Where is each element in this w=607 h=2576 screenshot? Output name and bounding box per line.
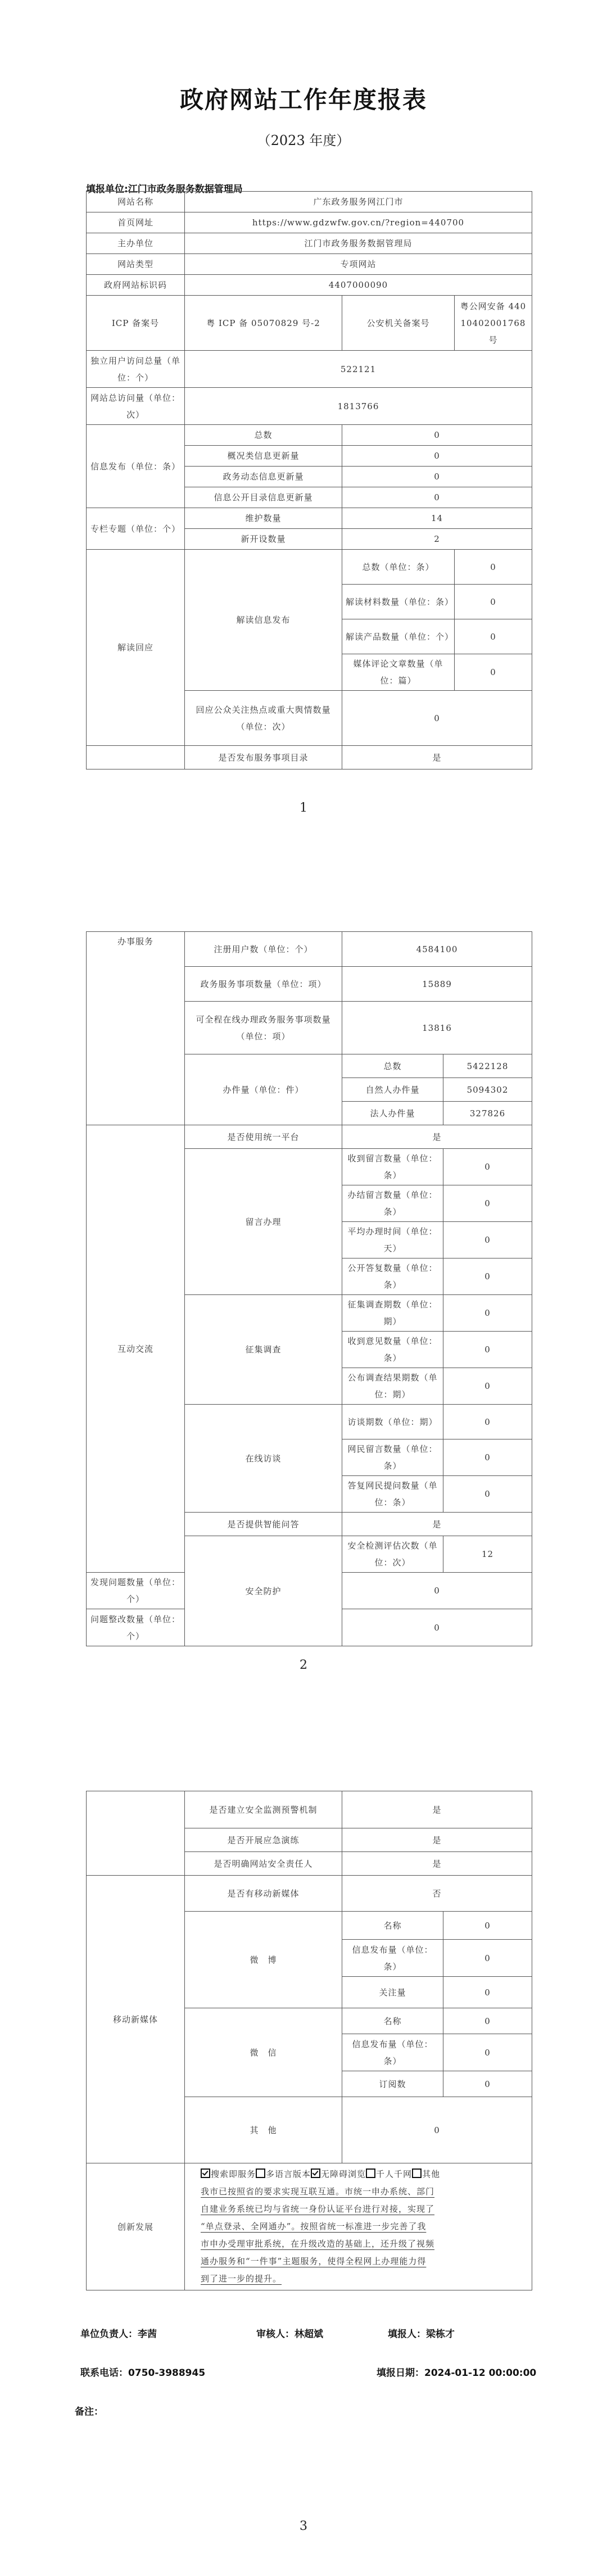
innovation-options: 搜索即服务多语言版本无障碍浏览千人千网其他: [201, 2166, 525, 2183]
messages-row-label: 平均办理时间（单位：天）: [342, 1222, 443, 1258]
unified-value: 是: [342, 1125, 532, 1149]
info-publish-row-label: 概况类信息更新量: [185, 446, 342, 467]
innovation-text-line: 到了进一步的提升。: [201, 2270, 525, 2288]
police-label: 公安机关备案号: [342, 296, 455, 351]
weibo-row-label: 关注量: [342, 1977, 443, 2008]
owner-value: 是: [342, 1852, 532, 1876]
weibo-row-label: 信息发布量（单位：条）: [342, 1940, 443, 1977]
survey-label: 征集调查: [185, 1295, 342, 1405]
page-number: 2: [0, 1658, 607, 1672]
option-label: 多语言版本: [266, 2169, 311, 2179]
items-label: 政务服务事项数量（单位：项）: [185, 967, 342, 1002]
hotspot-label: 回应公众关注热点或重大舆情数量（单位：次）: [185, 691, 342, 746]
interview-row-label: 网民留言数量（单位：条）: [342, 1439, 443, 1476]
columns-row-label: 新开设数量: [185, 529, 342, 550]
interpret-label: 解读回应: [87, 550, 185, 746]
security-row-label: 问题整改数量（单位：个）: [87, 1609, 185, 1646]
empty-cell: [87, 746, 185, 769]
checkbox-personalized[interactable]: [366, 2168, 375, 2178]
messages-row-value: 0: [443, 1222, 532, 1258]
homepage-value: https://www.gdzwfw.gov.cn/?region=440700: [185, 212, 532, 233]
type-label: 网站类型: [87, 254, 185, 275]
service-catalog-value: 是: [342, 746, 532, 769]
survey-row-value: 0: [443, 1295, 532, 1332]
other-media-value: 0: [342, 2097, 532, 2163]
checkbox-multilingual[interactable]: [256, 2168, 265, 2178]
innovation-content: 搜索即服务多语言版本无障碍浏览千人千网其他 我市已按照省的要求实现互联互通。市统…: [185, 2163, 532, 2290]
messages-row-value: 0: [443, 1258, 532, 1295]
icp-value: 粤 ICP 备 05070829 号-2: [185, 296, 342, 351]
host-label: 主办单位: [87, 233, 185, 254]
host-value: 江门市政务服务数据管理局: [185, 233, 532, 254]
option-label: 其他: [422, 2169, 440, 2179]
checkbox-search-service[interactable]: [201, 2168, 210, 2178]
cases-row-value: 5422128: [443, 1054, 532, 1078]
online-value: 13816: [342, 1002, 532, 1054]
wechat-row-value: 0: [443, 2008, 532, 2034]
wechat-row-label: 名称: [342, 2008, 443, 2034]
has-media-label: 是否有移动新媒体: [185, 1876, 342, 1912]
code-label: 政府网站标识码: [87, 275, 185, 296]
unit-head: 单位负责人：李茜: [80, 2326, 157, 2340]
info-publish-row-label: 信息公开目录信息更新量: [185, 487, 342, 508]
drill-value: 是: [342, 1828, 532, 1852]
uv-label: 独立用户访问总量（单位：个）: [87, 351, 185, 388]
wechat-row-label: 信息发布量（单位：条）: [342, 2034, 443, 2071]
code-value: 4407000090: [185, 275, 532, 296]
wechat-row-value: 0: [443, 2071, 532, 2097]
innovation-text-line: 市申办受理审批系统，在升级改造的基础上，还升级了视频: [201, 2235, 525, 2253]
security-label: 安全防护: [185, 1536, 342, 1646]
filler: 填报人：梁栋才: [388, 2326, 455, 2340]
survey-row-value: 0: [443, 1332, 532, 1368]
warning-label: 是否建立安全监测预警机制: [185, 1791, 342, 1828]
messages-row-label: 公开答复数量（单位：条）: [342, 1258, 443, 1295]
unified-label: 是否使用统一平台: [185, 1125, 342, 1149]
messages-row-value: 0: [443, 1149, 532, 1185]
security-row-value: 0: [342, 1573, 532, 1609]
items-value: 15889: [342, 967, 532, 1002]
security-row-label: 发现问题数量（单位：个）: [87, 1573, 185, 1609]
messages-row-label: 收到留言数量（单位：条）: [342, 1149, 443, 1185]
cases-row-label: 自然人办件量: [342, 1078, 443, 1102]
innovation-text-line: 自建业务系统已均与省统一身份认证平台进行对接，实现了: [201, 2201, 525, 2218]
interview-row-value: 0: [443, 1405, 532, 1439]
security-row-value: 0: [342, 1609, 532, 1646]
remark: 备注：: [75, 2403, 103, 2417]
innovation-label: 创新发展: [87, 2163, 185, 2290]
messages-label: 留言办理: [185, 1149, 342, 1295]
service-catalog-label: 是否发布服务事项目录: [185, 746, 342, 769]
info-publish-row-value: 0: [342, 425, 532, 446]
interpret-row-value: 0: [455, 619, 532, 654]
uv-value: 522121: [185, 351, 532, 388]
cases-row-value: 5094302: [443, 1078, 532, 1102]
hotspot-value: 0: [342, 691, 532, 746]
security-row-value: 12: [443, 1536, 532, 1573]
reviewer: 审核人：林超斌: [256, 2326, 323, 2340]
cases-row-value: 327826: [443, 1102, 532, 1125]
page-number: 3: [0, 2519, 607, 2533]
survey-row-label: 公布调查结果期数（单位：期）: [342, 1368, 443, 1405]
innovation-text-line: 我市已按照省的要求实现互联互通。市统一申办系统、部门: [201, 2183, 525, 2201]
checkbox-other[interactable]: [412, 2168, 422, 2178]
columns-row-value: 14: [342, 508, 532, 529]
survey-row-label: 征集调查期数（单位：期）: [342, 1295, 443, 1332]
messages-row-value: 0: [443, 1185, 532, 1222]
weibo-row-value: 0: [443, 1977, 532, 2008]
innovation-text-line: 通办服务和“一件事”主题服务，使得全程网上办理能力得: [201, 2253, 525, 2270]
info-publish-row-label: 政务动态信息更新量: [185, 467, 342, 487]
security-media-table: 是否建立安全监测预警机制 是 是否开展应急演练 是 是否明确网站安全责任人 是 …: [86, 1791, 532, 2290]
affairs-interaction-table: 办事服务 注册用户数（单位：个） 4584100 政务服务事项数量（单位：项） …: [86, 931, 532, 1646]
interpret-row-label: 解读材料数量（单位：条）: [342, 585, 455, 619]
weibo-row-label: 名称: [342, 1912, 443, 1940]
registered-label: 注册用户数（单位：个）: [185, 932, 342, 967]
survey-row-label: 收到意见数量（单位：条）: [342, 1332, 443, 1368]
interpret-row-value: 0: [455, 550, 532, 585]
survey-row-value: 0: [443, 1368, 532, 1405]
qa-value: 是: [342, 1513, 532, 1536]
weibo-row-value: 0: [443, 1940, 532, 1977]
columns-row-value: 2: [342, 529, 532, 550]
interpret-row-value: 0: [455, 654, 532, 691]
wechat-label: 微 信: [185, 2008, 342, 2097]
registered-value: 4584100: [342, 932, 532, 967]
affairs-label: 办事服务: [87, 932, 185, 1125]
cases-row-label: 法人办件量: [342, 1102, 443, 1125]
pv-value: 1813766: [185, 388, 532, 425]
cases-label: 办件量（单位：件）: [185, 1054, 342, 1125]
checkbox-accessibility[interactable]: [311, 2168, 320, 2178]
columns-label: 专栏专题（单位：个）: [87, 508, 185, 550]
weibo-label: 微 博: [185, 1912, 342, 2008]
interpret-sub-label: 解读信息发布: [185, 550, 342, 691]
info-publish-row-value: 0: [342, 487, 532, 508]
security-row-label: 安全检测评估次数（单位：次）: [342, 1536, 443, 1573]
interview-row-label: 答复网民提问数量（单位：条）: [342, 1476, 443, 1513]
info-publish-row-value: 0: [342, 467, 532, 487]
has-media-value: 否: [342, 1876, 532, 1912]
icp-label: ICP 备案号: [87, 296, 185, 351]
filing-date: 填报日期：2024-01-12 00:00:00: [377, 2365, 536, 2379]
wechat-row-label: 订阅数: [342, 2071, 443, 2097]
online-label: 可全程在线办理政务服务事项数量（单位：项）: [185, 1002, 342, 1054]
contact-phone: 联系电话：0750-3988945: [80, 2365, 205, 2379]
site-name-label: 网站名称: [87, 192, 185, 212]
type-value: 专项网站: [185, 254, 532, 275]
interview-row-label: 访谈期数（单位：期）: [342, 1405, 443, 1439]
report-title: 政府网站工作年度报表: [0, 82, 607, 115]
pv-label: 网站总访问量（单位：次）: [87, 388, 185, 425]
info-publish-row-label: 总数: [185, 425, 342, 446]
empty-cell: [87, 1791, 185, 1876]
columns-row-label: 维护数量: [185, 508, 342, 529]
police-value: 粤公网安备 44010402001768 号: [455, 296, 532, 351]
interpret-row-label: 总数（单位：条）: [342, 550, 455, 585]
wechat-row-value: 0: [443, 2034, 532, 2071]
interview-row-value: 0: [443, 1439, 532, 1476]
homepage-label: 首页网址: [87, 212, 185, 233]
messages-row-label: 办结留言数量（单位：条）: [342, 1185, 443, 1222]
qa-label: 是否提供智能问答: [185, 1513, 342, 1536]
interpret-row-value: 0: [455, 585, 532, 619]
option-label: 千人千网: [376, 2169, 412, 2179]
new-media-label: 移动新媒体: [87, 1876, 185, 2163]
basic-info-table: 网站名称 广东政务服务网江门市 首页网址 https://www.gdzwfw.…: [86, 191, 532, 769]
innovation-text-line: “单点登录、全网通办”。按照省统一标准进一步完善了我: [201, 2218, 525, 2235]
interpret-row-label: 媒体评论文章数量（单位：篇）: [342, 654, 455, 691]
interview-label: 在线访谈: [185, 1405, 342, 1513]
option-label: 搜索即服务: [211, 2169, 256, 2179]
cases-row-label: 总数: [342, 1054, 443, 1078]
weibo-row-value: 0: [443, 1912, 532, 1940]
interview-row-value: 0: [443, 1476, 532, 1513]
other-media-label: 其 他: [185, 2097, 342, 2163]
drill-label: 是否开展应急演练: [185, 1828, 342, 1852]
page-number: 1: [0, 801, 607, 815]
owner-label: 是否明确网站安全责任人: [185, 1852, 342, 1876]
site-name-value: 广东政务服务网江门市: [185, 192, 532, 212]
info-publish-row-value: 0: [342, 446, 532, 467]
report-year: （2023 年度）: [0, 129, 607, 149]
warning-value: 是: [342, 1791, 532, 1828]
info-publish-label: 信息发布（单位：条）: [87, 425, 185, 508]
interaction-label: 互动交流: [87, 1125, 185, 1573]
option-label: 无障碍浏览: [321, 2169, 366, 2179]
interpret-row-label: 解读产品数量（单位：个）: [342, 619, 455, 654]
